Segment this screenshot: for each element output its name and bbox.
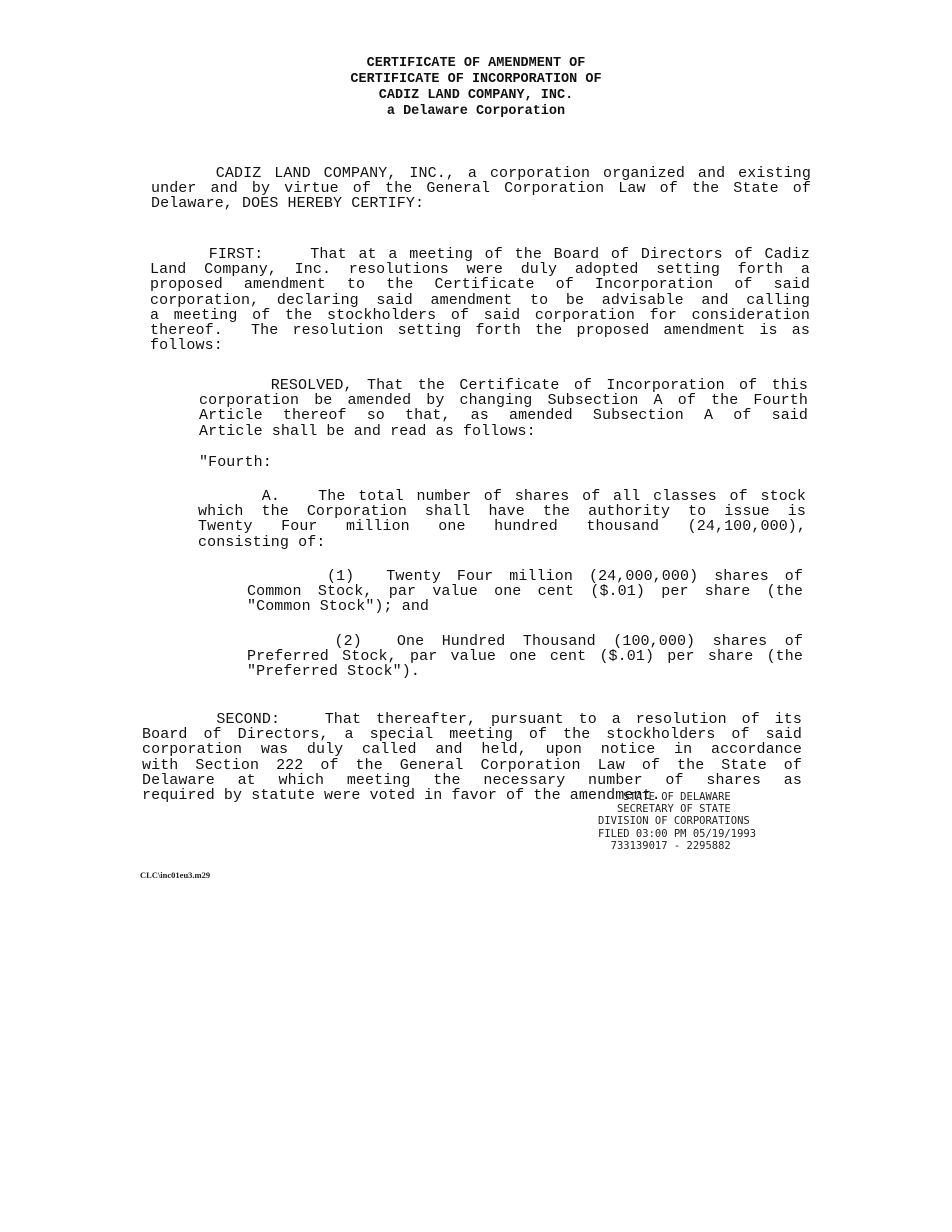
text-line: under and by virtue of the General Corpo…	[151, 181, 811, 196]
text-line: corporation be amended by changing Subse…	[199, 393, 808, 408]
text-line: consisting of:	[198, 535, 806, 550]
text-line: corporation was duly called and held, up…	[142, 742, 802, 757]
text-line: RESOLVED, That the Certificate of Incorp…	[199, 378, 808, 393]
stamp-line: STATE OF DELAWARE	[598, 791, 756, 803]
fourth-heading: "Fourth:	[199, 455, 499, 470]
text-line: thereof. The resolution setting forth th…	[150, 323, 810, 338]
text-line: (1) Twenty Four million (24,000,000) sha…	[247, 569, 803, 584]
footer-file-code: CLC\inc01eu3.m29	[140, 870, 210, 880]
text-line: Preferred Stock, par value one cent ($.0…	[247, 649, 803, 664]
text-line: a meeting of the stockholders of said co…	[150, 308, 810, 323]
text-line: FIRST: That at a meeting of the Board of…	[150, 247, 810, 262]
stamp-line: DIVISION OF CORPORATIONS	[598, 815, 756, 827]
text-line: SECOND: That thereafter, pursuant to a r…	[142, 712, 802, 727]
text-line: Delaware, DOES HEREBY CERTIFY:	[151, 196, 811, 211]
title-line-1: CERTIFICATE OF AMENDMENT OF	[0, 56, 952, 72]
text-line: proposed amendment to the Certificate of…	[150, 277, 810, 292]
text-line: Delaware at which meeting the necessary …	[142, 773, 802, 788]
second-paragraph: SECOND: That thereafter, pursuant to a r…	[142, 712, 802, 803]
stamp-line: FILED 03:00 PM 05/19/1993	[598, 828, 756, 840]
text-line: Twenty Four million one hundred thousand…	[198, 519, 806, 534]
text-line: Board of Directors, a special meeting of…	[142, 727, 802, 742]
text-line: corporation, declaring said amendment to…	[150, 293, 810, 308]
document-title: CERTIFICATE OF AMENDMENT OF CERTIFICATE …	[0, 56, 952, 120]
resolved-paragraph: RESOLVED, That the Certificate of Incorp…	[199, 378, 808, 439]
stamp-line: 733139017 - 2295882	[598, 840, 756, 852]
title-line-2: CERTIFICATE OF INCORPORATION OF	[0, 72, 952, 88]
stamp-line: SECRETARY OF STATE	[598, 803, 756, 815]
text-line: CADIZ LAND COMPANY, INC., a corporation …	[151, 166, 811, 181]
section-a-paragraph: A. The total number of shares of all cla…	[198, 489, 806, 550]
text-line: "Common Stock"); and	[247, 599, 803, 614]
text-line: A. The total number of shares of all cla…	[198, 489, 806, 504]
text-line: which the Corporation shall have the aut…	[198, 504, 806, 519]
filing-stamp: STATE OF DELAWARE SECRETARY OF STATEDIVI…	[598, 791, 756, 852]
intro-paragraph: CADIZ LAND COMPANY, INC., a corporation …	[151, 166, 811, 212]
text-line: Article shall be and read as follows:	[199, 424, 808, 439]
title-line-4: a Delaware Corporation	[0, 104, 952, 120]
title-line-3: CADIZ LAND COMPANY, INC.	[0, 88, 952, 104]
text-line: (2) One Hundred Thousand (100,000) share…	[247, 634, 803, 649]
item-1-paragraph: (1) Twenty Four million (24,000,000) sha…	[247, 569, 803, 615]
text-line: with Section 222 of the General Corporat…	[142, 758, 802, 773]
text-line: follows:	[150, 338, 810, 353]
item-2-paragraph: (2) One Hundred Thousand (100,000) share…	[247, 634, 803, 680]
text-line: Article thereof so that, as amended Subs…	[199, 408, 808, 423]
fourth-heading-text: "Fourth:	[199, 455, 499, 470]
text-line: Common Stock, par value one cent ($.01) …	[247, 584, 803, 599]
first-paragraph: FIRST: That at a meeting of the Board of…	[150, 247, 810, 353]
text-line: Land Company, Inc. resolutions were duly…	[150, 262, 810, 277]
text-line: "Preferred Stock").	[247, 664, 803, 679]
